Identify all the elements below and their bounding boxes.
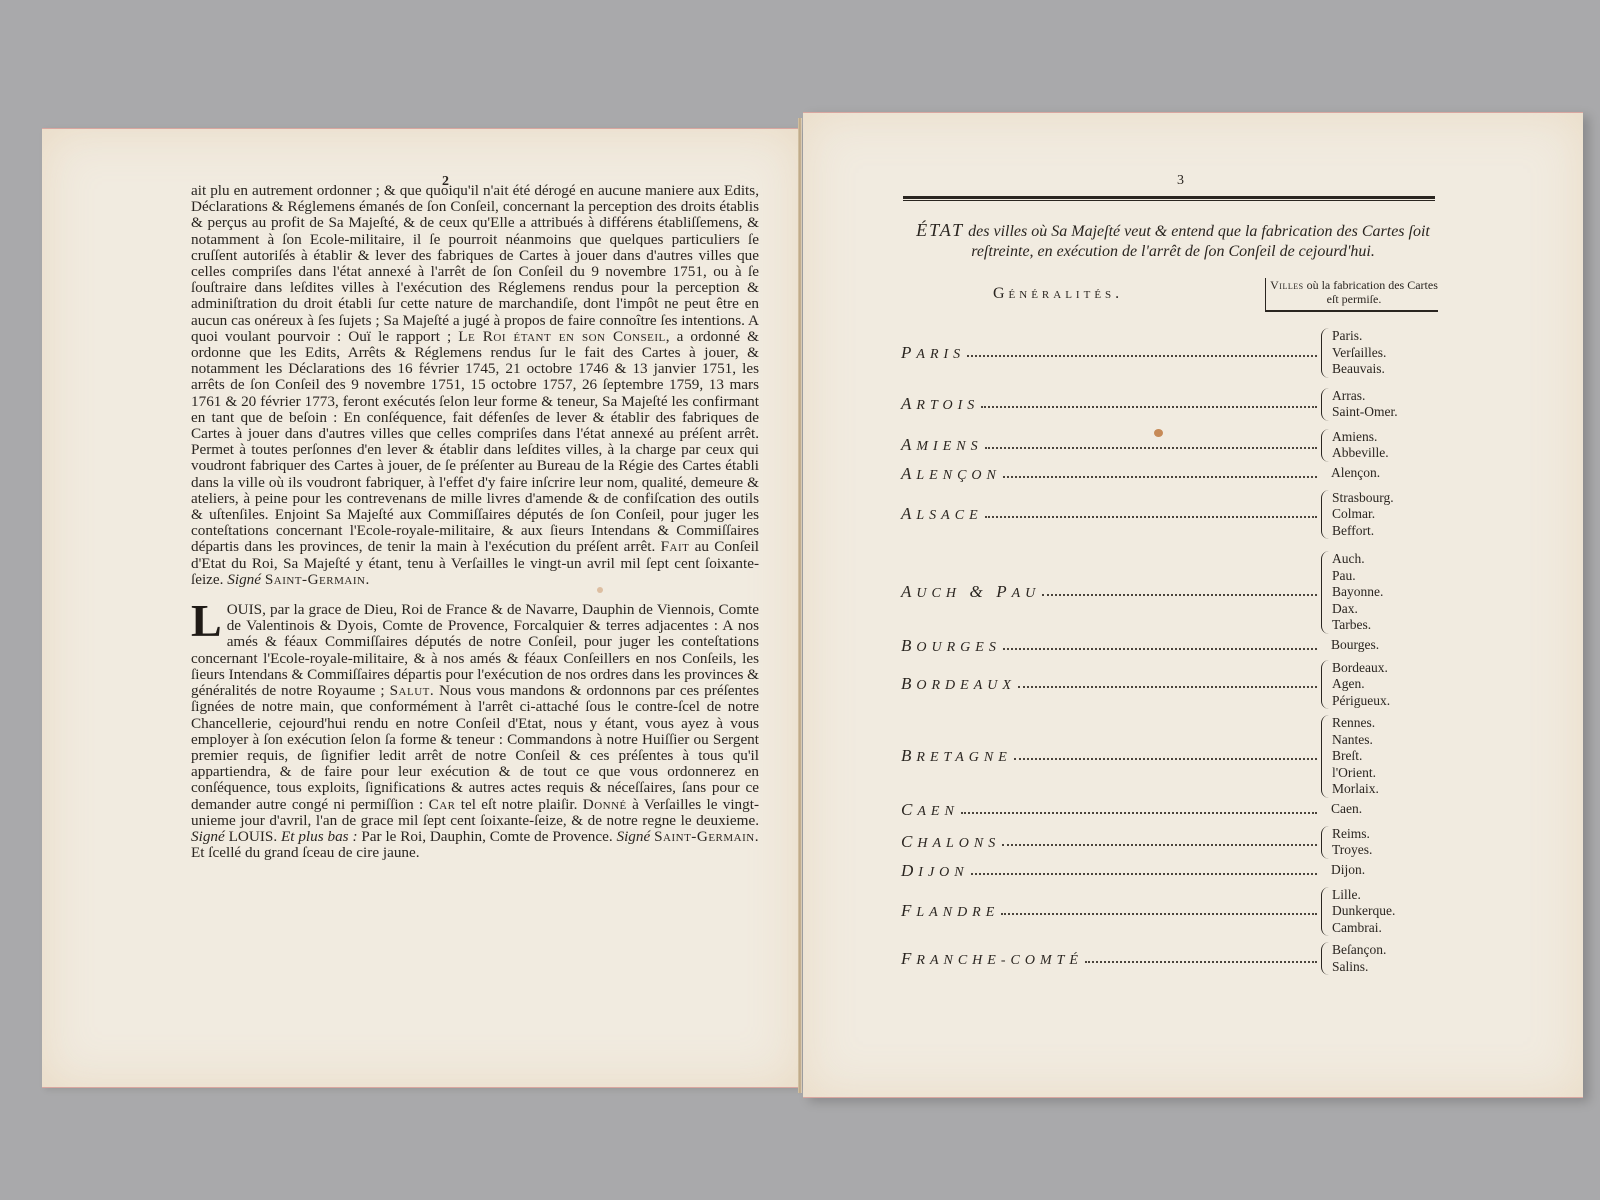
generalites-table: PARISParis.Verſailles.Beauvais.ARTOISArr…	[901, 328, 1461, 979]
brace-icon	[1321, 887, 1330, 937]
dot-leader	[985, 447, 1317, 449]
villes-cell: Amiens.Abbeville.	[1321, 429, 1461, 462]
ville-item: Cambrai.	[1332, 920, 1395, 937]
dot-leader	[1014, 758, 1317, 760]
ville-item: Salins.	[1332, 959, 1386, 976]
paragraph-lettres-patentes: LOUIS, par la grace de Dieu, Roi de Fran…	[191, 602, 759, 861]
header-rule	[903, 196, 1435, 201]
table-row: BRETAGNERennes.Nantes.Breſt.l'Orient.Mor…	[901, 715, 1461, 798]
signature: Saint-Germain.	[265, 571, 370, 588]
table-row: BOURGESBourges.	[901, 636, 1461, 656]
ville-item: Pau.	[1332, 568, 1383, 585]
ville-item: Auch.	[1332, 551, 1383, 568]
generalite-name: BOURGES	[901, 636, 1001, 656]
table-row: PARISParis.Verſailles.Beauvais.	[901, 328, 1461, 378]
generalite-name: FRANCHE-COMTÉ	[901, 949, 1083, 969]
column-header-generalites: Généralités.	[993, 285, 1123, 303]
table-row: CHALONSReims.Troyes.	[901, 826, 1461, 859]
table-row: DIJONDijon.	[901, 861, 1461, 881]
signature: Saint-Germain.	[654, 828, 759, 845]
dot-leader	[985, 516, 1317, 518]
ville-item: Alençon.	[1331, 465, 1380, 482]
ville-item: Tarbes.	[1332, 617, 1383, 634]
page-number-right: 3	[1177, 173, 1184, 189]
brace-icon	[1321, 465, 1329, 482]
brace-icon	[1321, 328, 1330, 378]
royal-phrase: Le Roi étant en son Conseil	[458, 328, 666, 345]
ville-item: Rennes.	[1332, 715, 1379, 732]
ville-item: Beffort.	[1332, 523, 1394, 540]
generalite-name: CAEN	[901, 800, 959, 820]
ville-item: Troyes.	[1332, 842, 1372, 859]
villes-cell: Lille.Dunkerque.Cambrai.	[1321, 887, 1461, 937]
dot-leader	[1003, 476, 1317, 478]
villes-cell: Bourges.	[1321, 637, 1461, 654]
ville-item: Nantes.	[1332, 732, 1379, 749]
brace-icon	[1321, 388, 1330, 421]
generalite-name: CHALONS	[901, 832, 1000, 852]
table-row: ALENÇONAlençon.	[901, 464, 1461, 484]
table-row: FRANCHE-COMTÉBeſançon.Salins.	[901, 942, 1461, 975]
villes-cell: Rennes.Nantes.Breſt.l'Orient.Morlaix.	[1321, 715, 1461, 798]
column-header-villes: Villes où la fabrication des Cartes eſt …	[1265, 278, 1438, 312]
paragraph-arret: ait plu en autrement ordonner ; & que qu…	[191, 183, 759, 588]
ville-item: Caen.	[1331, 801, 1362, 818]
ville-item: l'Orient.	[1332, 765, 1379, 782]
villes-cell: Beſançon.Salins.	[1321, 942, 1461, 975]
ville-item: Verſailles.	[1332, 345, 1386, 362]
generalite-name: AMIENS	[901, 435, 983, 455]
ville-item: Arras.	[1332, 388, 1398, 405]
table-row: ALSACEStrasbourg.Colmar.Beffort.	[901, 490, 1461, 540]
table-row: CAENCaen.	[901, 800, 1461, 820]
table-row: BORDEAUXBordeaux.Agen.Périgueux.	[901, 660, 1461, 710]
ville-item: Paris.	[1332, 328, 1386, 345]
table-row: AUCH & PAUAuch.Pau.Bayonne.Dax.Tarbes.	[901, 551, 1461, 634]
villes-cell: Auch.Pau.Bayonne.Dax.Tarbes.	[1321, 551, 1461, 634]
generalite-name: BORDEAUX	[901, 674, 1016, 694]
dot-leader	[1042, 594, 1317, 596]
brace-icon	[1321, 942, 1330, 975]
dot-leader	[961, 812, 1317, 814]
villes-cell: Dijon.	[1321, 862, 1461, 879]
ville-item: Amiens.	[1332, 429, 1389, 446]
ville-item: Colmar.	[1332, 506, 1394, 523]
table-title: ÉTAT des villes où Sa Majeſté veut & ent…	[903, 220, 1443, 262]
brace-icon	[1321, 660, 1330, 710]
ville-item: Beſançon.	[1332, 942, 1386, 959]
ville-item: Abbeville.	[1332, 445, 1389, 462]
generalite-name: ALSACE	[901, 504, 983, 524]
dot-leader	[967, 355, 1317, 357]
brace-icon	[1321, 826, 1330, 859]
ville-item: Bourges.	[1331, 637, 1379, 654]
dot-leader	[1085, 961, 1317, 963]
ville-item: Bordeaux.	[1332, 660, 1390, 677]
ville-item: Agen.	[1332, 676, 1390, 693]
table-row: ARTOISArras.Saint-Omer.	[901, 388, 1461, 421]
villes-cell: Strasbourg.Colmar.Beffort.	[1321, 490, 1461, 540]
book-gutter	[798, 118, 802, 1093]
brace-icon	[1321, 637, 1329, 654]
generalite-name: FLANDRE	[901, 901, 999, 921]
king-signature: LOUIS.	[229, 828, 278, 845]
brace-icon	[1321, 429, 1330, 462]
ville-item: Breſt.	[1332, 748, 1379, 765]
ville-item: Bayonne.	[1332, 584, 1383, 601]
generalite-name: BRETAGNE	[901, 746, 1012, 766]
villes-cell: Arras.Saint-Omer.	[1321, 388, 1461, 421]
ville-item: Périgueux.	[1332, 693, 1390, 710]
generalite-name: DIJON	[901, 861, 969, 881]
foxing-stain	[597, 587, 603, 593]
brace-icon	[1321, 490, 1330, 540]
generalite-name: AUCH & PAU	[901, 582, 1040, 602]
brace-icon	[1321, 551, 1330, 634]
dot-leader	[1002, 844, 1317, 846]
table-row: AMIENSAmiens.Abbeville.	[901, 429, 1461, 462]
villes-cell: Caen.	[1321, 801, 1461, 818]
left-page: 2 ait plu en autrement ordonner ; & que …	[42, 128, 800, 1088]
table-row: FLANDRELille.Dunkerque.Cambrai.	[901, 887, 1461, 937]
generalite-name: ARTOIS	[901, 394, 979, 414]
brace-icon	[1321, 862, 1329, 879]
brace-icon	[1321, 715, 1330, 798]
dot-leader	[981, 406, 1317, 408]
ville-item: Reims.	[1332, 826, 1372, 843]
villes-cell: Bordeaux.Agen.Périgueux.	[1321, 660, 1461, 710]
drop-cap: L	[191, 604, 222, 638]
ville-item: Lille.	[1332, 887, 1395, 904]
ville-item: Beauvais.	[1332, 361, 1386, 378]
brace-icon	[1321, 801, 1329, 818]
generalite-name: PARIS	[901, 343, 965, 363]
dot-leader	[971, 873, 1317, 875]
ville-item: Dax.	[1332, 601, 1383, 618]
dot-leader	[1003, 648, 1317, 650]
dot-leader	[1001, 913, 1317, 915]
foxing-stain	[1154, 429, 1163, 437]
villes-cell: Paris.Verſailles.Beauvais.	[1321, 328, 1461, 378]
dot-leader	[1018, 686, 1317, 688]
ville-item: Saint-Omer.	[1332, 404, 1398, 421]
ville-item: Dunkerque.	[1332, 903, 1395, 920]
ville-item: Morlaix.	[1332, 781, 1379, 798]
villes-cell: Reims.Troyes.	[1321, 826, 1461, 859]
right-page: 3 ÉTAT des villes où Sa Majeſté veut & e…	[803, 112, 1583, 1098]
ville-item: Strasbourg.	[1332, 490, 1394, 507]
left-page-text: ait plu en autrement ordonner ; & que qu…	[191, 183, 759, 861]
generalite-name: ALENÇON	[901, 464, 1001, 484]
villes-cell: Alençon.	[1321, 465, 1461, 482]
ville-item: Dijon.	[1331, 862, 1365, 879]
